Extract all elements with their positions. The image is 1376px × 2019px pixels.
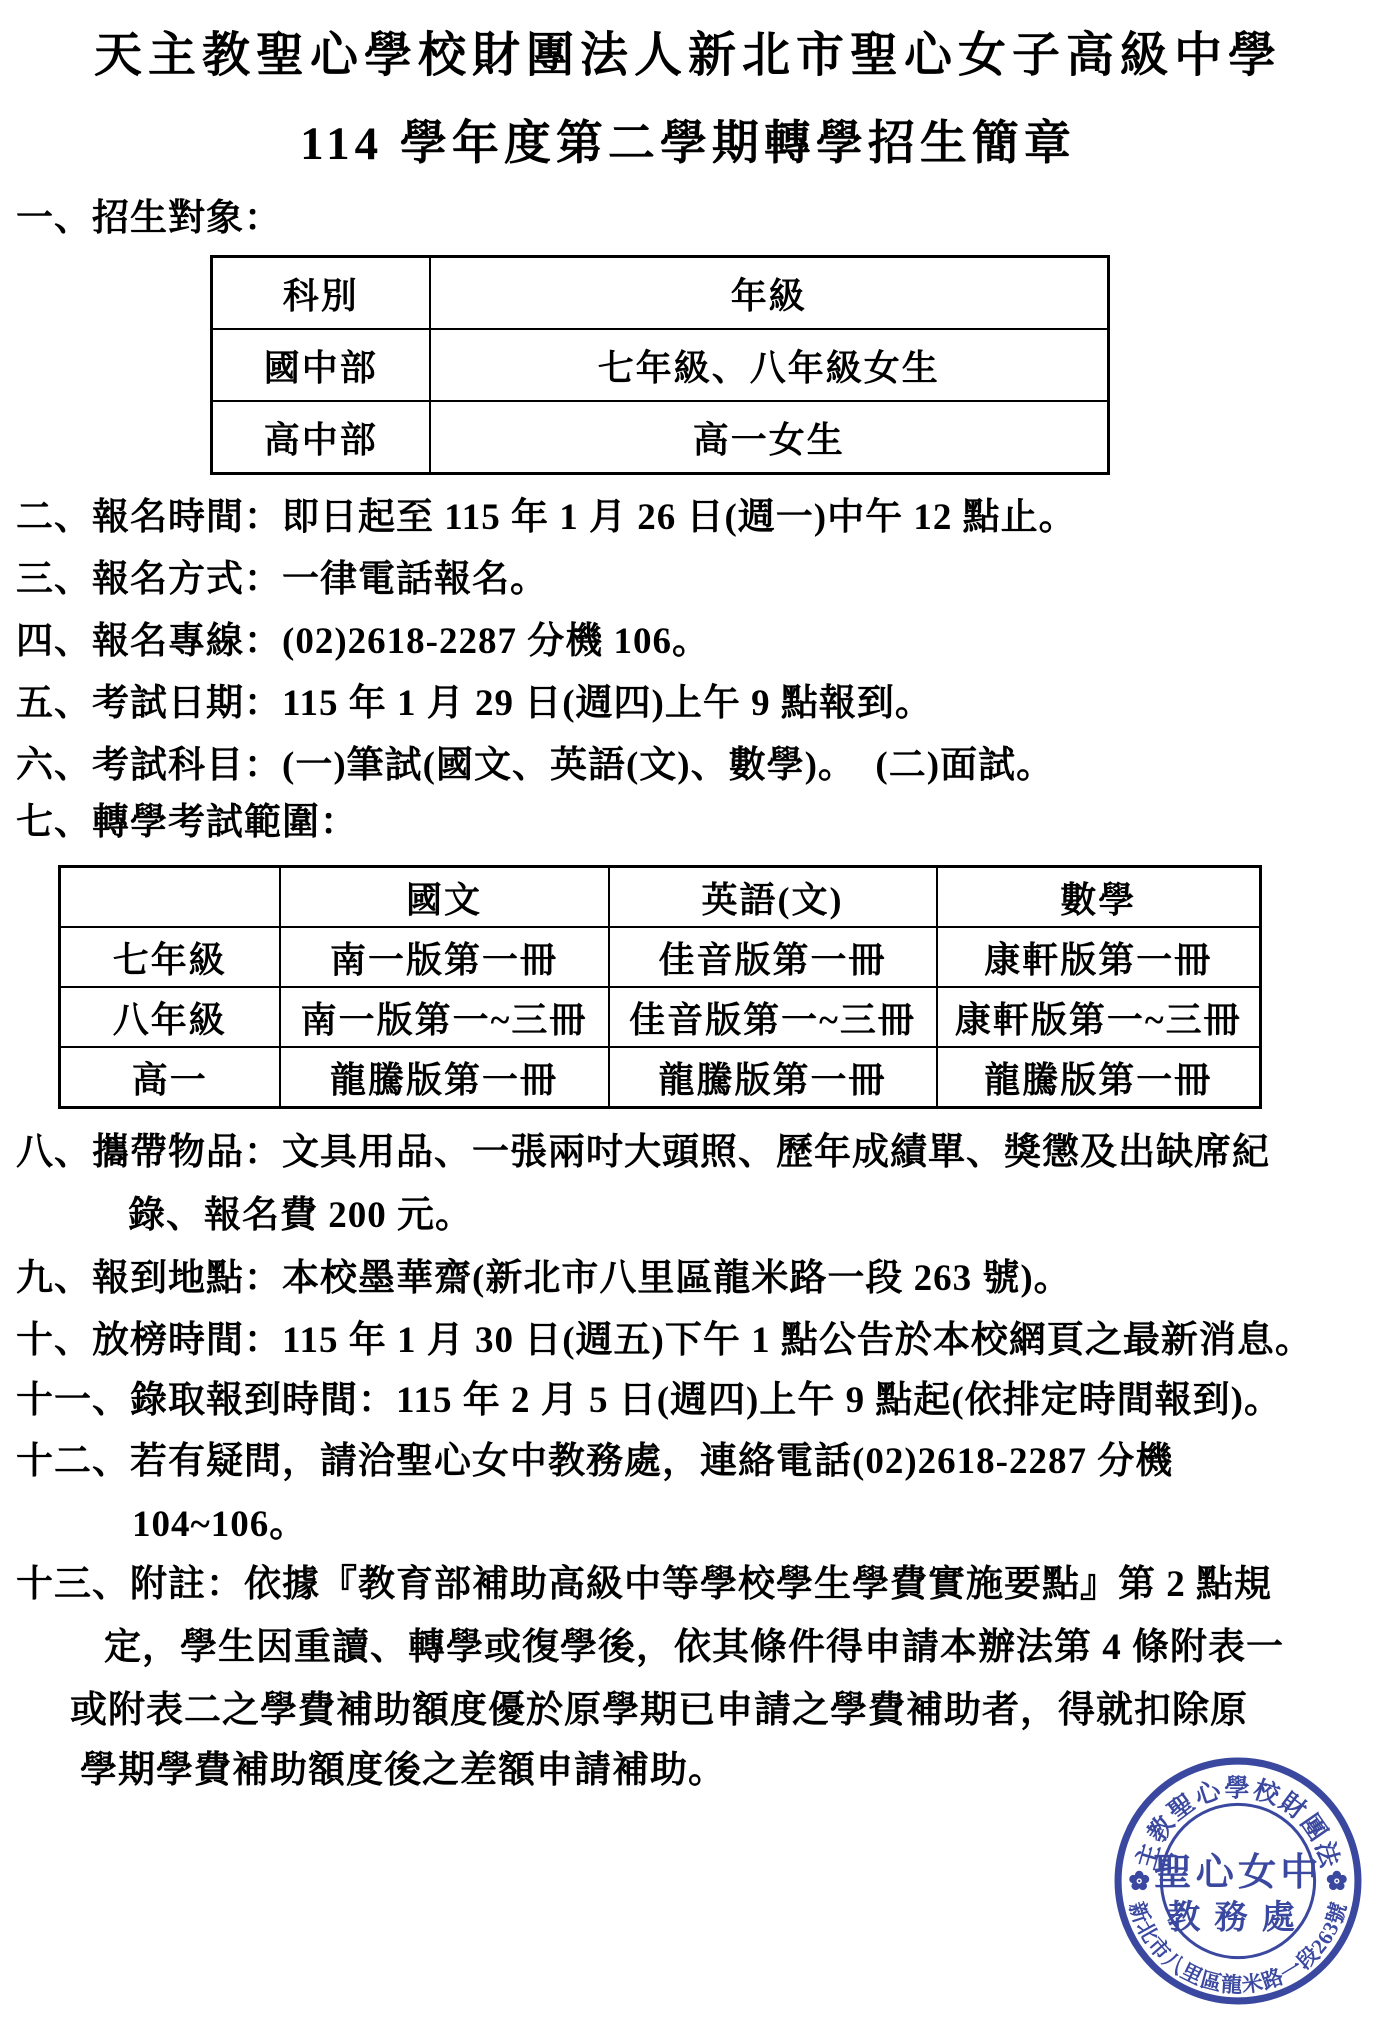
table-row: 高一 龍騰版第一冊 龍騰版第一冊 龍騰版第一冊: [60, 1047, 1261, 1108]
seal-center-office-name: 教務處: [1167, 1899, 1309, 1936]
exam-scope-table: 國文 英語(文) 數學 七年級 南一版第一冊 佳音版第一冊 康軒版第一冊 八年級…: [58, 865, 1262, 1109]
table-cell: 八年級: [60, 987, 280, 1047]
item-11-enrollment-checkin-time: 十一、錄取報到時間：115 年 2 月 5 日(週四)上午 9 點起(依排定時間…: [16, 1379, 1282, 1423]
seal-graphics: 天主教聖心學校財團法人 新北市八里區龍米路一段263號 聖心女中 教務處: [1110, 1753, 1358, 2001]
table-cell: 康軒版第一~三冊: [937, 987, 1261, 1047]
item-13-note-line4: 學期學費補助額度後之差額申請補助。: [80, 1749, 726, 1793]
item-13-note-line3: 或附表二之學費補助額度優於原學期已申請之學費補助者，得就扣除原: [70, 1689, 1248, 1733]
table-cell: 七年級、八年級女生: [430, 329, 1109, 401]
table-header-cell: 科別: [212, 257, 430, 330]
table-header-cell: 國文: [280, 867, 609, 928]
table-cell: 龍騰版第一冊: [937, 1047, 1261, 1108]
admission-table: 科別 年級 國中部 七年級、八年級女生 高中部 高一女生: [210, 255, 1110, 475]
item-12-contact-info-line2: 104~106。: [132, 1503, 307, 1547]
table-row: 國文 英語(文) 數學: [60, 867, 1261, 928]
table-cell: 龍騰版第一冊: [280, 1047, 609, 1108]
table-row: 科別 年級: [212, 257, 1109, 330]
item-13-note-line1: 十三、附註：依據『教育部補助高級中等學校學生學費實施要點』第 2 點規: [16, 1563, 1272, 1607]
table-cell: 佳音版第一~三冊: [609, 987, 937, 1047]
table-header-cell: [60, 867, 280, 928]
item-8-items-to-bring-line1: 八、攜帶物品：文具用品、一張兩吋大頭照、歷年成績單、獎懲及出缺席紀: [16, 1131, 1270, 1175]
table-row: 七年級 南一版第一冊 佳音版第一冊 康軒版第一冊: [60, 927, 1261, 987]
item-2-registration-time: 二、報名時間：即日起至 115 年 1 月 26 日(週一)中午 12 點止。: [16, 496, 1077, 540]
item-9-checkin-location: 九、報到地點：本校墨華齋(新北市八里區龍米路一段 263 號)。: [16, 1257, 1072, 1301]
table-cell: 南一版第一冊: [280, 927, 609, 987]
table-cell: 康軒版第一冊: [937, 927, 1261, 987]
table-cell: 龍騰版第一冊: [609, 1047, 937, 1108]
table-cell: 南一版第一~三冊: [280, 987, 609, 1047]
table-row: 八年級 南一版第一~三冊 佳音版第一~三冊 康軒版第一~三冊: [60, 987, 1261, 1047]
item-5-exam-date: 五、考試日期：115 年 1 月 29 日(週四)上午 9 點報到。: [16, 682, 933, 726]
table-cell: 高一: [60, 1047, 280, 1108]
item-3-registration-method: 三、報名方式：一律電話報名。: [16, 558, 548, 602]
table-cell: 高中部: [212, 401, 430, 474]
table-cell: 佳音版第一冊: [609, 927, 937, 987]
item-13-note-line2: 定，學生因重讀、轉學或復學後，依其條件得申請本辦法第 4 條附表一: [104, 1626, 1284, 1670]
item-7-exam-scope-label: 七、轉學考試範圍：: [16, 801, 358, 845]
item-1-admission-targets: 一、招生對象：: [16, 197, 282, 241]
document-title: 天主教聖心學校財團法人新北市聖心女子高級中學: [0, 16, 1376, 85]
document-subtitle: 114 學年度第二學期轉學招生簡章: [0, 106, 1376, 173]
table-header-cell: 數學: [937, 867, 1261, 928]
item-10-results-announcement: 十、放榜時間：115 年 1 月 30 日(週五)下午 1 點公告於本校網頁之最…: [16, 1319, 1313, 1363]
table-cell: 國中部: [212, 329, 430, 401]
table-row: 國中部 七年級、八年級女生: [212, 329, 1109, 401]
table-cell: 高一女生: [430, 401, 1109, 474]
seal-center-school-name: 聖心女中: [1153, 1851, 1322, 1894]
plum-blossom-icon: [1129, 1871, 1149, 1890]
item-12-contact-info-line1: 十二、若有疑問，請洽聖心女中教務處，連絡電話(02)2618-2287 分機: [16, 1440, 1173, 1484]
table-header-cell: 年級: [430, 257, 1109, 330]
item-4-registration-hotline: 四、報名專線：(02)2618-2287 分機 106。: [16, 620, 710, 664]
plum-blossom-icon: [1327, 1871, 1347, 1890]
school-office-seal: 天主教聖心學校財團法人 新北市八里區龍米路一段263號 聖心女中 教務處: [1110, 1753, 1366, 2009]
item-8-items-to-bring-line2: 錄、報名費 200 元。: [128, 1194, 473, 1238]
item-6-exam-subjects: 六、考試科目：(一)筆試(國文、英語(文)、數學)。 (二)面試。: [16, 744, 1054, 788]
table-cell: 七年級: [60, 927, 280, 987]
document-page: 天主教聖心學校財團法人新北市聖心女子高級中學 114 學年度第二學期轉學招生簡章…: [0, 0, 1376, 2019]
table-header-cell: 英語(文): [609, 867, 937, 928]
table-row: 高中部 高一女生: [212, 401, 1109, 474]
